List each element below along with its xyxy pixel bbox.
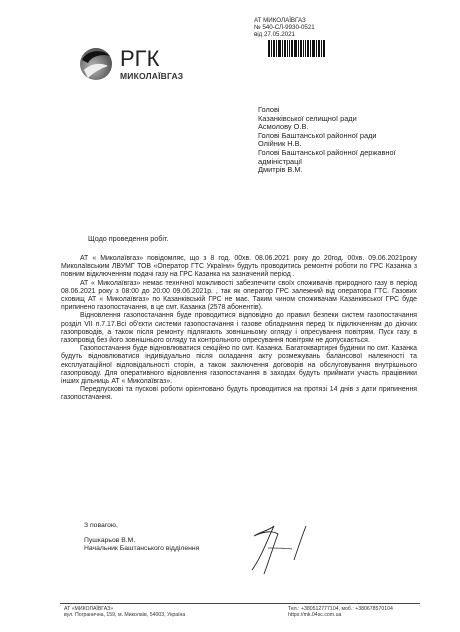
addressee-block: Голові Казанківської селищної ради Асмол…	[258, 106, 396, 175]
footer-company-info: АТ «МИКОЛАЇВГАЗ» вул. Погранична, 159, м…	[64, 606, 185, 619]
logo-title: РГК	[120, 48, 183, 70]
registration-date: від 27.05.2021	[254, 31, 315, 38]
closing-block: З повагою, Пушкарьов В.М. Начальник Башт…	[84, 522, 199, 553]
gas-company-emblem-icon	[78, 46, 114, 82]
closing-greeting: З повагою,	[84, 522, 199, 530]
registration-stamp: АТ МИКОЛАЇВГАЗ № 540-СЛ-9930-0521 від 27…	[254, 17, 315, 39]
body-paragraph: Газопостачання буде відновлюватися секці…	[61, 345, 417, 386]
letter-subject: Щодо проведення робіт.	[88, 234, 168, 243]
barcode	[268, 40, 328, 57]
footer-contacts: Тел.: +380512777104, моб.: +380678570104…	[288, 606, 393, 619]
registration-company: АТ МИКОЛАЇВГАЗ	[254, 17, 315, 24]
company-logo: РГК МИКОЛАЇВГАЗ	[78, 46, 183, 82]
signer-position: Начальник Баштанського відділення	[84, 545, 199, 553]
registration-number: № 540-СЛ-9930-0521	[254, 24, 315, 31]
body-paragraph: Відновлення газопостачання буде проводит…	[61, 312, 417, 345]
signer-name: Пушкарьов В.М.	[84, 537, 199, 545]
footer-address: вул. Погранична, 159, м. Миколаїв, 54003…	[64, 612, 185, 618]
footer-website[interactable]: https://mk.04sc.com.ua	[288, 612, 393, 618]
body-paragraph: АТ « Миколаївгаз» повідомляє, що з 8 год…	[61, 255, 417, 280]
body-paragraph: АТ « Миколаївгаз» немає технічної можлив…	[61, 280, 417, 313]
addressee-line: Дмитрів В.М.	[258, 166, 396, 175]
letter-body: АТ « Миколаївгаз» повідомляє, що з 8 год…	[61, 255, 417, 403]
logo-subtitle: МИКОЛАЇВГАЗ	[120, 72, 183, 81]
footer-divider	[60, 603, 420, 604]
body-paragraph: Передпускові та пускові роботи орієнтова…	[61, 386, 417, 402]
handwritten-signature-icon	[248, 512, 328, 582]
